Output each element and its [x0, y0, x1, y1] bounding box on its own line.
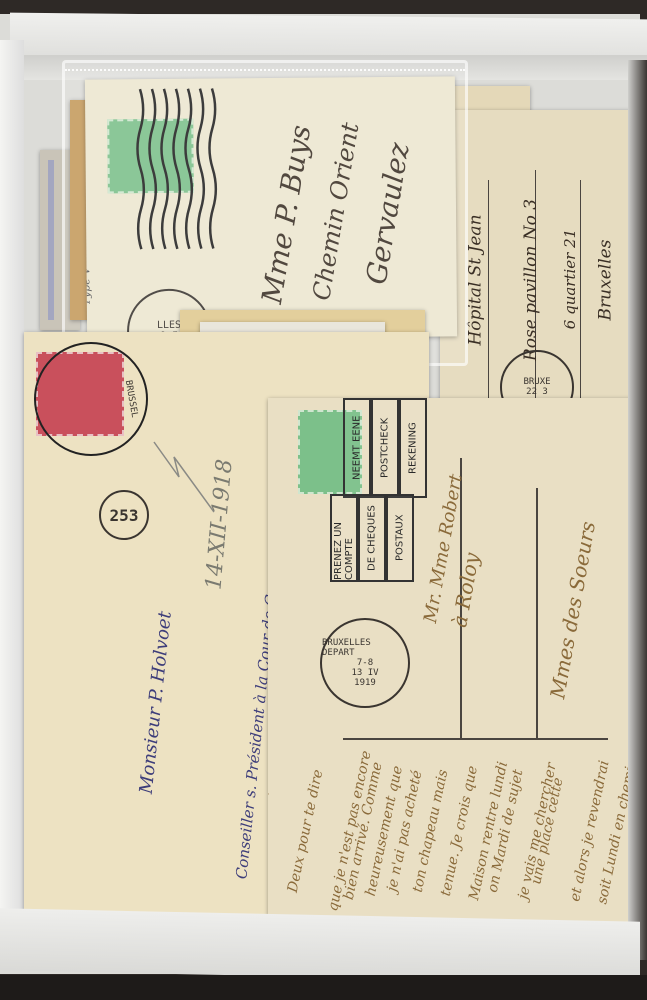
address-rule	[580, 180, 581, 410]
address-line: 6 quartier 21	[561, 229, 579, 329]
postmark: BRUSSEL	[34, 342, 148, 456]
message-line: Chère soeur	[268, 787, 273, 875]
flag-text: REKENING	[399, 398, 427, 498]
divider-rule	[343, 738, 608, 740]
address-line: à Roloy	[447, 551, 484, 629]
flag-text: PRENEZ UN COMPTE	[330, 494, 358, 582]
address-line: Rose pavillon No 3	[521, 199, 541, 361]
address-line: Bruxelles	[595, 240, 615, 321]
bruxelles-postmark: BRUXELLES DEPART 7-8 13 IV 1919	[320, 618, 410, 708]
flag-text: NEEMT EENE	[343, 398, 371, 498]
postmark-text: BRUXE	[523, 377, 550, 387]
front-postcard[interactable]: NEEMT EENE POSTCHECK REKENING PRENEZ UN …	[268, 398, 643, 938]
address-line: Monsieur P. Holvoet	[136, 610, 176, 795]
postmark-date: 13 IV	[351, 668, 378, 678]
flag-text: POSTCHECK	[371, 398, 399, 498]
flag-text: DE CHEQUES	[358, 494, 386, 582]
address-line: Mmes des Soeurs	[545, 520, 600, 701]
address-rule	[488, 180, 489, 410]
postmark-time: 7-8	[357, 658, 373, 668]
flag-text: POSTAUX	[386, 494, 414, 582]
box-left-wall	[0, 40, 24, 940]
message-area: Chère soeur Deux pour te dire que je n'e…	[273, 743, 638, 933]
postmark-text: BRUSSEL	[123, 379, 139, 418]
registration-number: 253	[110, 506, 139, 525]
postmark-text: BRUXELLES DEPART	[322, 638, 408, 658]
right-postcard[interactable]: Afene Verine Janssen Hôpital St Jean Ros…	[440, 110, 640, 410]
address-line: Hôpital St Jean	[466, 214, 486, 345]
address-rule	[536, 488, 538, 738]
postmark-year: 1919	[354, 678, 376, 688]
box-right-edge	[628, 60, 647, 960]
flag-cancel-dutch: NEEMT EENE POSTCHECK REKENING	[343, 398, 427, 498]
postmark-date: 22 3	[526, 387, 548, 397]
flag-cancel-french: PRENEZ UN COMPTE DE CHEQUES POSTAUX	[330, 494, 414, 582]
table-surface	[0, 975, 647, 1000]
message-line: Deux pour te dire	[285, 768, 327, 894]
registration-mark: 253	[99, 490, 149, 540]
